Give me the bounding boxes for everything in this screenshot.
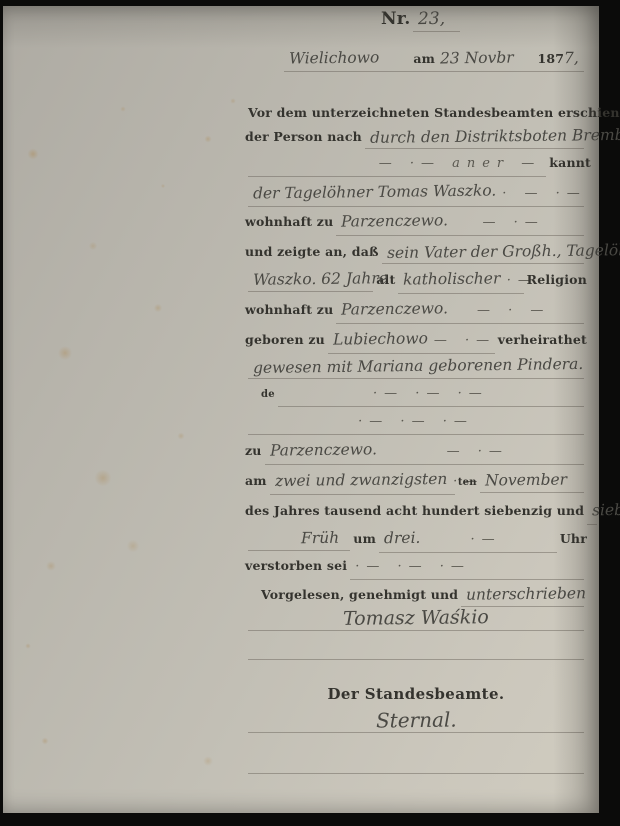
um-label: um	[353, 529, 376, 549]
death-place-dashes-handwritten: — ·—	[447, 442, 509, 462]
birthplace-line: geboren zu Lubiechowo — ·— verheirathet	[245, 329, 587, 351]
death-place-handwritten: Parzenczewo.	[269, 439, 376, 460]
official-signature-handwritten: Sternal.	[376, 710, 457, 731]
died-label: verstorben sei	[245, 556, 347, 576]
kannt-dashes-handwritten: — ·— aner —	[379, 154, 542, 174]
nr-label: Nr.	[381, 9, 410, 29]
spouse-line: gewesen mit Mariana geborenen Pindera.	[245, 356, 587, 378]
person-handwritten: durch den Distriktsboten Bremborowicz	[370, 124, 620, 148]
hour-blank: drei. ·—	[379, 528, 557, 553]
kannt-line: — ·— aner — kannt	[245, 153, 591, 175]
residence2-line: wohnhaft zu Parzenczewo. — · —	[245, 299, 587, 321]
person-line: der Person nach durch den Distriktsboten…	[245, 126, 587, 148]
empty-ruled-line-3	[245, 756, 587, 778]
official-signature-line: Sternal.	[245, 710, 587, 742]
blank-dashes-handwritten: ·— ·— ·—	[358, 412, 474, 432]
deceased-name-age-handwritten: Waszko. 62 Jahre	[253, 268, 388, 290]
am-label: am	[413, 49, 435, 69]
document-page: Nr. 23, Wielichowo am 23 Novbr 187 7, Vo…	[3, 6, 599, 813]
residence1-line: wohnhaft zu Parzenczewo. — ·—	[245, 211, 587, 233]
empty-ruled-line: ·— ·— ·—	[245, 412, 587, 434]
report-label: und zeigte an, daß	[245, 242, 379, 262]
ten-label: ten	[458, 473, 477, 493]
month-handwritten: November	[485, 469, 567, 490]
report-line: und zeigte an, daß sein Vater der Großh.…	[245, 241, 587, 263]
de-line: de ·— ·— ·—	[245, 384, 587, 406]
read-label: Vorgelesen, genehmigt und	[261, 585, 458, 605]
kannt-label: kannt	[549, 153, 591, 173]
age-religion-line: Waszko. 62 Jahre alt katholischer ·— Rel…	[245, 269, 587, 291]
declarant-signature-blank: Tomasz Waśkio	[248, 608, 584, 631]
photographed-register-page: { "colors":{ "background":"#0b0b0a", "pa…	[0, 0, 620, 826]
death-place-line: zu Parzenczewo. — ·—	[245, 440, 587, 462]
year-line-label: des Jahres tausend acht hundert siebenzi…	[245, 501, 584, 521]
person-label: der Person nach	[245, 127, 362, 147]
place-handwritten: Wielichowo	[289, 47, 380, 68]
empty-blank: ·— ·— ·—	[248, 412, 584, 435]
death-date-line: am zwei und zwanzigsten ·— ten November	[245, 470, 587, 492]
died-dashes-handwritten: ·— ·— ·—	[355, 557, 471, 577]
death-year-line: des Jahres tausend acht hundert siebenzi…	[245, 500, 587, 522]
religion-blank: katholischer ·—	[398, 269, 523, 294]
religion-label: Religion	[527, 270, 587, 290]
age-blank: Waszko. 62 Jahre	[248, 269, 373, 292]
spouse-blank: gewesen mit Mariana geborenen Pindera.	[248, 356, 584, 379]
place-date-line: Wielichowo am 23 Novbr 187 7,	[281, 48, 587, 70]
birthplace-handwritten: Lubiechowo	[333, 328, 428, 349]
declarant-dashes-handwritten: · — ·—	[502, 184, 587, 204]
intro-text: Vor dem unterzeichneten Standesbeamten e…	[248, 103, 620, 123]
death-year-handwritten: sieben.	[592, 500, 620, 521]
official-title-line: Der Standesbeamte.	[245, 684, 587, 706]
born-blank: Lubiechowo — ·—	[328, 329, 495, 354]
read-handwritten: unterschrieben	[466, 583, 586, 604]
death-time-line: Früh um drei. ·— Uhr	[245, 528, 587, 550]
time-blank: Früh	[248, 528, 350, 551]
at-label: zu	[245, 441, 262, 461]
residence1-blank: Parzenczewo. — ·—	[336, 211, 584, 236]
died-line: verstorben sei ·— ·— ·—	[245, 556, 587, 578]
residence2-dashes-handwritten: — · —	[477, 301, 550, 321]
declarant-line: der Tagelöhner Tomas Waszko. · — ·—	[245, 182, 587, 204]
day-blank: zwei und zwanzigsten ·—	[270, 470, 455, 495]
de-dashes-handwritten: ·— ·— ·—	[373, 384, 489, 404]
intro-line: Vor dem unterzeichneten Standesbeamten e…	[248, 103, 587, 125]
hour-dashes-handwritten: ·—	[471, 530, 502, 550]
declarant-blank: der Tagelöhner Tomas Waszko. · — ·—	[248, 182, 584, 207]
report-handwritten: sein Vater der Großh., Tagelöhner Andrea…	[387, 239, 620, 263]
residence2-blank: Parzenczewo. — · —	[336, 299, 584, 324]
residence1-dashes-handwritten: — ·—	[483, 213, 545, 233]
official-signature-blank: Sternal.	[248, 710, 584, 733]
year-printed: 187	[538, 49, 565, 69]
died-blank: ·— ·— ·—	[350, 557, 584, 580]
empty-blank-3	[248, 756, 584, 774]
empty-blank-2	[248, 642, 584, 660]
kannt-blank: — ·— aner —	[248, 154, 546, 177]
born-dashes-handwritten: — ·—	[434, 331, 496, 351]
hour-handwritten: drei.	[384, 528, 421, 548]
residence2-label: wohnhaft zu	[245, 300, 333, 320]
date-handwritten: 23 Novbr	[440, 48, 514, 69]
residence1-label: wohnhaft zu	[245, 212, 333, 232]
declarant-signature-handwritten: Tomasz Waśkio	[343, 607, 489, 629]
report-blank: sein Vater der Großh., Tagelöhner Andrea…	[382, 241, 584, 264]
married-label: verheirathet	[498, 330, 587, 350]
closing-line: Vorgelesen, genehmigt und unterschrieben	[245, 584, 587, 606]
death-year-blank: sieben. ·—	[587, 500, 597, 525]
uhr-label: Uhr	[560, 529, 587, 549]
born-label: geboren zu	[245, 330, 325, 350]
spouse-handwritten: gewesen mit Mariana geborenen Pindera.	[253, 354, 584, 378]
person-blank: durch den Distriktsboten Bremborowicz	[365, 126, 584, 149]
de-label: de	[261, 385, 275, 405]
time-handwritten: Früh	[301, 528, 339, 548]
on-label: am	[245, 471, 267, 491]
read-blank: unterschrieben	[461, 584, 584, 607]
religion-handwritten: katholischer	[403, 268, 501, 289]
de-blank: ·— ·— ·—	[278, 384, 584, 407]
declarant-signature-line: Tomasz Waśkio	[245, 608, 587, 636]
nr-blank: 23,	[413, 9, 460, 32]
year-handwritten: 7,	[564, 48, 579, 68]
residence1-handwritten: Parzenczewo.	[341, 210, 448, 231]
place-date-blank: Wielichowo am 23 Novbr 187 7,	[284, 48, 584, 72]
record-number-line: Nr. 23,	[381, 9, 463, 31]
declarant-handwritten: der Tagelöhner Tomas Waszko.	[253, 181, 497, 204]
month-blank: November	[480, 470, 584, 493]
official-title: Der Standesbeamte.	[327, 684, 504, 704]
nr-value-handwritten: 23,	[418, 9, 445, 29]
empty-ruled-line-2	[245, 642, 587, 664]
day-handwritten: zwei und zwanzigsten	[275, 469, 448, 491]
residence2-handwritten: Parzenczewo.	[341, 298, 448, 319]
death-place-blank: Parzenczewo. — ·—	[265, 440, 584, 465]
